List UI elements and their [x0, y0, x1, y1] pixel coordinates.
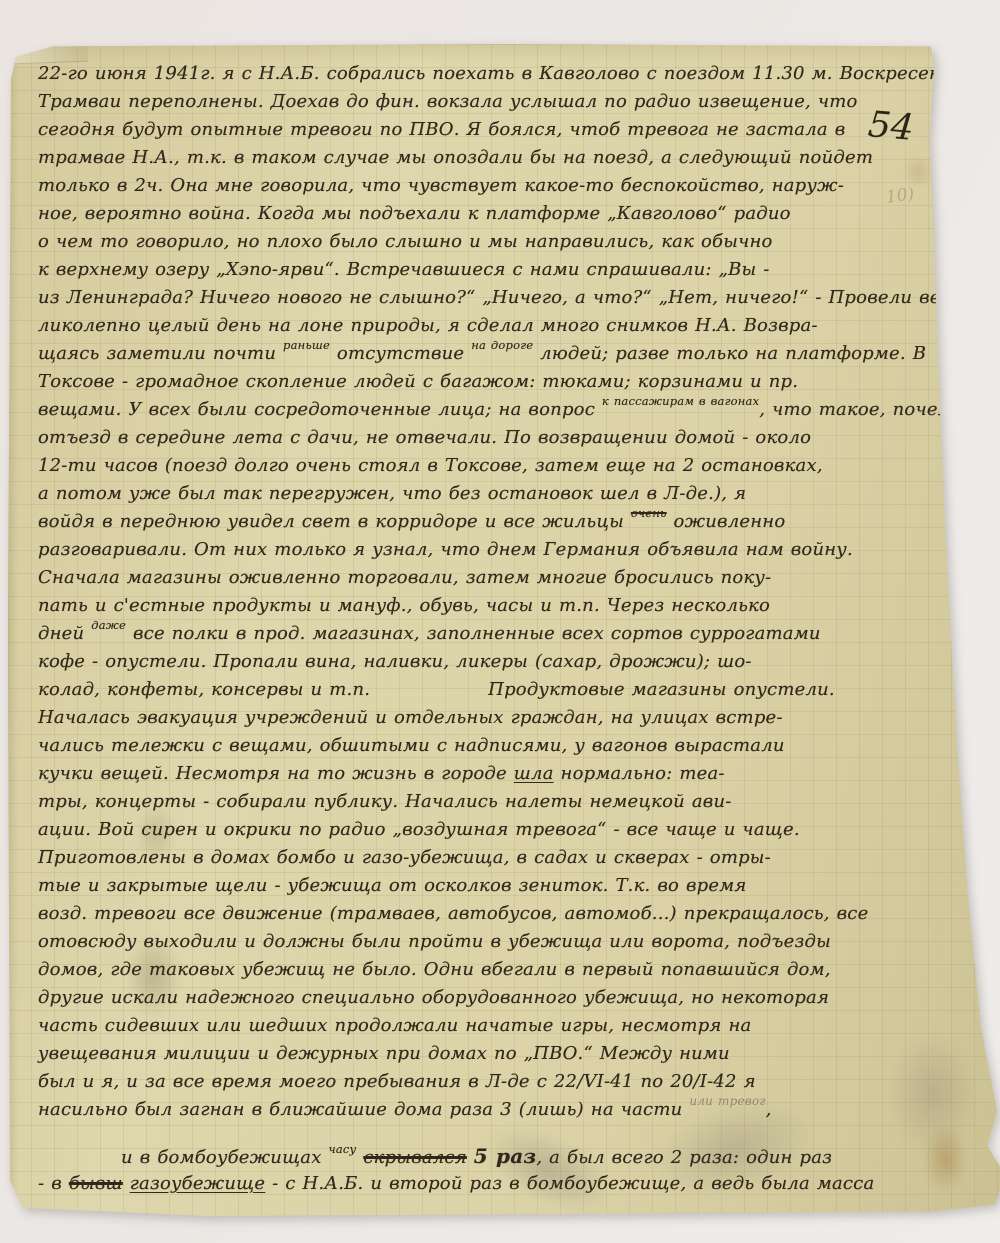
handwriting-line: вещами. У всех были сосредоточенные лица…	[38, 396, 968, 424]
handwriting-line: насильно был загнан в ближайшие дома раз…	[38, 1096, 968, 1124]
interline-insertion: на дороге	[471, 340, 533, 351]
handwriting-line: к верхнему озеру „Хэпо-ярви“. Встречавши…	[38, 256, 968, 284]
text-segment: увещевания милиции и дежурных при домах …	[38, 1043, 730, 1064]
handwriting-line: и в бомбоубежищах часу скрывался 5 раз, …	[38, 1142, 968, 1170]
handwriting-line: войдя в переднюю увидел свет в корридоре…	[38, 508, 968, 536]
text-segment: тые и закрытые щели - убежища от осколко…	[38, 875, 747, 896]
handwriting-line: 12-ти часов (поезд долго очень стоял в Т…	[38, 452, 968, 480]
text-segment: сегодня будут опытные тревоги по ПВО. Я …	[38, 119, 845, 140]
text-segment: , что такое, почему такой	[759, 399, 1000, 420]
photo-backdrop: 54 10) 22-го июня 1941г. я с Н.А.Б. собр…	[0, 0, 1000, 1243]
handwriting-line: другие искали надежного специально обору…	[38, 984, 968, 1012]
handwriting-line: - в бывш газоубежище - с Н.А.Б. и второй…	[38, 1170, 968, 1198]
text-segment: оживленно	[667, 511, 786, 532]
handwriting-line: ации. Вой сирен и окрики по радио „возду…	[38, 816, 968, 844]
text-segment: возд. тревоги все движение (трамваев, ав…	[38, 903, 868, 924]
text-segment: а потом уже был так перегружен, что без …	[38, 483, 746, 504]
text-segment: часть сидевших или шедших продолжали нач…	[38, 1015, 751, 1036]
handwriting-line: ное, вероятно война. Когда мы подъехали …	[38, 200, 968, 228]
handwritten-text-block: 22-го июня 1941г. я с Н.А.Б. собрались п…	[38, 60, 968, 1198]
text-segment: 12-ти часов (поезд долго очень стоял в Т…	[38, 455, 823, 476]
text-segment: отсутствие	[330, 343, 471, 364]
handwriting-line: кучки вещей. Несмотря на то жизнь в горо…	[38, 760, 968, 788]
handwriting-line: о чем то говорило, но плохо было слышно …	[38, 228, 968, 256]
diary-page: 54 10) 22-го июня 1941г. я с Н.А.Б. собр…	[8, 44, 1000, 1216]
interline-insertion: раньше	[283, 340, 330, 351]
text-segment: разговаривали. От них только я узнал, чт…	[38, 539, 853, 560]
text-segment: насильно был загнан в ближайшие дома раз…	[38, 1099, 689, 1120]
text-segment: ликолепно целый день на лоне природы, я …	[38, 315, 818, 336]
text-segment: ,	[766, 1099, 772, 1120]
handwriting-line: Сначала магазины оживленно торговали, за…	[38, 564, 968, 592]
handwriting-line: только в 2ч. Она мне говорила, что чувст…	[38, 172, 968, 200]
handwriting-line: чались тележки с вещами, обшитыми с надп…	[38, 732, 968, 760]
handwriting-line: разговаривали. От них только я узнал, чт…	[38, 536, 968, 564]
handwriting-line: трамвае Н.А., т.к. в таком случае мы опо…	[38, 144, 968, 172]
text-segment: Приготовлены в домах бомбо и газо-убежищ…	[38, 847, 771, 868]
handwriting-line: был и я, и за все время моего пребывания…	[38, 1068, 968, 1096]
text-segment: колад, конфеты, консервы и т.п.	[38, 679, 370, 700]
text-segment: отъезд в середине лета с дачи, не отвеча…	[38, 427, 811, 448]
underlined-text: шла	[514, 763, 554, 784]
text-segment: Токсове - громадное скопление людей с ба…	[38, 371, 798, 392]
handwriting-line: Трамваи переполнены. Доехав до фин. вокз…	[38, 88, 968, 116]
text-segment: - с Н.А.Б. и второй раз в бомбоубежище, …	[265, 1173, 874, 1194]
handwriting-line: а потом уже был так перегружен, что без …	[38, 480, 968, 508]
text-segment: войдя в переднюю увидел свет в корридоре…	[38, 511, 631, 532]
text-segment: Продуктовые магазины опустели.	[488, 679, 835, 700]
text-segment: людей; разве только на платформе. В	[533, 343, 926, 364]
struck-text: скрывался	[363, 1147, 466, 1168]
handwriting-line: из Ленинграда? Ничего нового не слышно?“…	[38, 284, 968, 312]
text-segment	[123, 1173, 130, 1194]
text-segment: о чем то говорило, но плохо было слышно …	[38, 231, 773, 252]
text-segment: домов, где таковых убежищ не было. Одни …	[38, 959, 831, 980]
handwriting-line: пать и с'естные продукты и мануф., обувь…	[38, 592, 968, 620]
text-segment: только в 2ч. Она мне говорила, что чувст…	[38, 175, 844, 196]
text-segment: тры, концерты - собирали публику. Начали…	[38, 791, 732, 812]
text-segment: кучки вещей. Несмотря на то жизнь в горо…	[38, 763, 514, 784]
text-segment: , а был всего 2 раза: один раз	[536, 1147, 832, 1168]
interline-insertion: или тревог	[689, 1096, 765, 1107]
text-segment: 22-го июня 1941г. я с Н.А.Б. собрались п…	[38, 63, 962, 84]
text-segment: щаясь заметили почти	[38, 343, 283, 364]
text-segment: Трамваи переполнены. Доехав до фин. вокз…	[38, 91, 858, 112]
handwriting-line: дней даже все полки в прод. магазинах, з…	[38, 620, 968, 648]
text-segment: все полки в прод. магазинах, заполненные…	[126, 623, 821, 644]
text-segment	[467, 1147, 474, 1168]
underlined-text: газоубежище	[130, 1173, 266, 1194]
handwriting-line: увещевания милиции и дежурных при домах …	[38, 1040, 968, 1068]
handwriting-line: сегодня будут опытные тревоги по ПВО. Я …	[38, 116, 968, 144]
text-segment: дней	[38, 623, 91, 644]
interline-insertion: даже	[91, 620, 126, 631]
text-segment: вещами. У всех были сосредоточенные лица…	[38, 399, 602, 420]
handwriting-line: отъезд в середине лета с дачи, не отвеча…	[38, 424, 968, 452]
emphasized-text: 5 раз	[474, 1144, 537, 1168]
text-segment: Сначала магазины оживленно торговали, за…	[38, 567, 771, 588]
text-segment: и в бомбоубежищах	[38, 1147, 329, 1168]
text-segment: ное, вероятно война. Когда мы подъехали …	[38, 203, 791, 224]
text-segment: отовсюду выходили и должны были пройти в…	[38, 931, 831, 952]
handwriting-line: отовсюду выходили и должны были пройти в…	[38, 928, 968, 956]
text-segment: кофе - опустели. Пропали вина, наливки, …	[38, 651, 752, 672]
handwriting-line: тры, концерты - собирали публику. Начали…	[38, 788, 968, 816]
interline-insertion: к пассажирам в вагонах	[602, 396, 759, 407]
handwriting-line: щаясь заметили почти раньше отсутствие н…	[38, 340, 968, 368]
handwriting-line: Приготовлены в домах бомбо и газо-убежищ…	[38, 844, 968, 872]
text-segment: - в	[38, 1173, 69, 1194]
text-segment: нормально: теа-	[554, 763, 725, 784]
interline-insertion: очень	[631, 508, 667, 519]
handwriting-line: тые и закрытые щели - убежища от осколко…	[38, 872, 968, 900]
text-segment: ации. Вой сирен и окрики по радио „возду…	[38, 819, 800, 840]
handwriting-line: часть сидевших или шедших продолжали нач…	[38, 1012, 968, 1040]
handwriting-line: Токсове - громадное скопление людей с ба…	[38, 368, 968, 396]
paper-left-edge	[8, 44, 18, 1216]
text-segment: трамвае Н.А., т.к. в таком случае мы опо…	[38, 147, 873, 168]
handwriting-line: кофе - опустели. Пропали вина, наливки, …	[38, 648, 968, 676]
handwriting-line: колад, конфеты, консервы и т.п.Продуктов…	[38, 676, 968, 704]
handwriting-line: ликолепно целый день на лоне природы, я …	[38, 312, 968, 340]
handwriting-line: 22-го июня 1941г. я с Н.А.Б. собрались п…	[38, 60, 968, 88]
text-segment: был и я, и за все время моего пребывания…	[38, 1071, 756, 1092]
text-segment: Началась эвакуация учреждений и отдельны…	[38, 707, 783, 728]
handwriting-line: домов, где таковых убежищ не было. Одни …	[38, 956, 968, 984]
text-segment: другие искали надежного специально обору…	[38, 987, 829, 1008]
text-segment: чались тележки с вещами, обшитыми с надп…	[38, 735, 785, 756]
interline-insertion: часу	[329, 1144, 357, 1155]
struck-text: бывш	[69, 1173, 123, 1194]
handwriting-line: возд. тревоги все движение (трамваев, ав…	[38, 900, 968, 928]
text-segment: из Ленинграда? Ничего нового не слышно?“…	[38, 287, 947, 308]
text-segment: пать и с'естные продукты и мануф., обувь…	[38, 595, 770, 616]
handwriting-line: Началась эвакуация учреждений и отдельны…	[38, 704, 968, 732]
text-segment: к верхнему озеру „Хэпо-ярви“. Встречавши…	[38, 259, 770, 280]
